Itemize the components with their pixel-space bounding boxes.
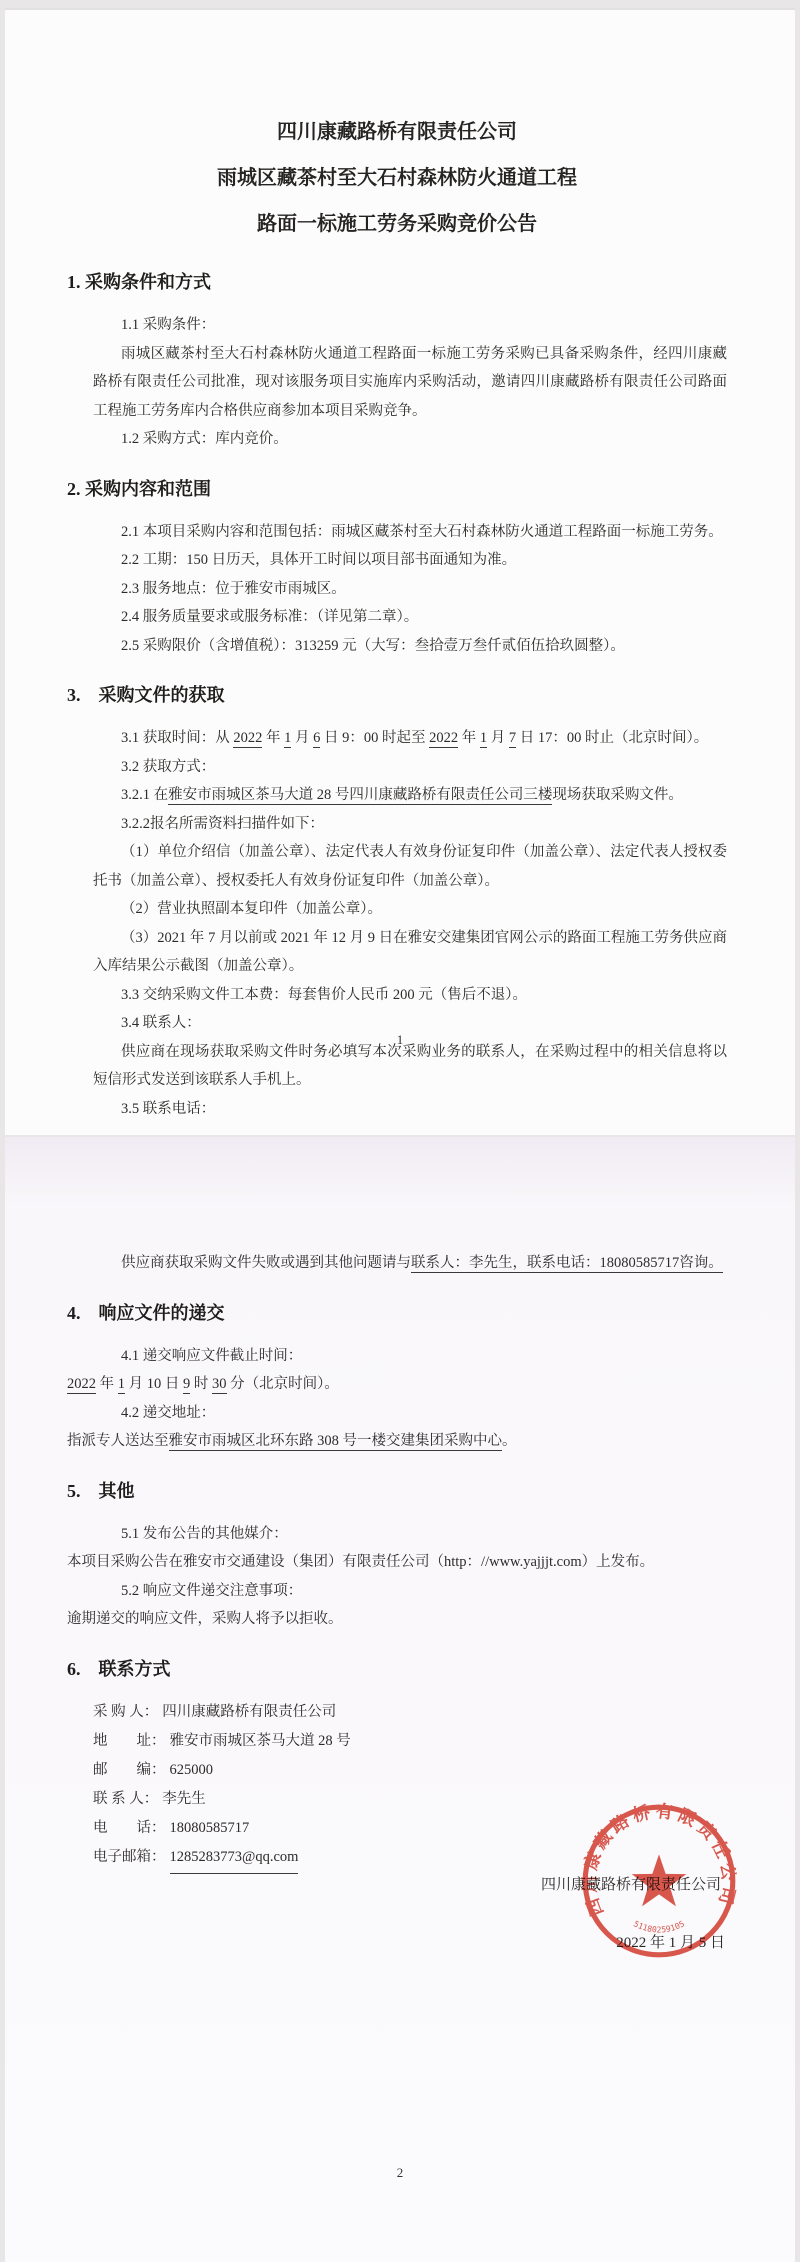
doc-title-announcement: 路面一标施工劳务采购竞价公告 [67,201,727,247]
section-5-heading: 5. 其他 [67,1478,727,1504]
section-2-heading: 2. 采购内容和范围 [67,476,727,502]
clause-3-2: 3.2 获取方式： [67,753,727,782]
doc-title-project: 雨城区藏茶村至大石村森林防火通道工程 [67,155,727,201]
clause-2-1: 2.1 本项目采购内容和范围包括：雨城区藏茶村至大石村森林防火通道工程路面一标施… [67,518,727,547]
document-page-1: 四川康藏路桥有限责任公司 雨城区藏茶村至大石村森林防火通道工程 路面一标施工劳务… [5,8,795,1135]
clause-3-2-2: 3.2.2报名所需资料扫描件如下： [67,810,727,839]
clause-3-5: 3.5 联系电话： [67,1095,727,1124]
contact-value: 18080585717 [170,1814,250,1843]
clause-4-1-deadline: 2022 年 1 月 10 日 9 时 30 分（北京时间）。 [67,1370,727,1399]
contact-row-purchaser: 采 购 人： 四川康藏路桥有限责任公司 [93,1698,727,1727]
clause-4-1: 4.1 递交响应文件截止时间： [67,1342,727,1371]
clause-3-2-2-item-1: （1）单位介绍信（加盖公章）、法定代表人有效身份证复印件（加盖公章）、法定代表人… [67,838,727,895]
contact-label: 电 话： [93,1814,166,1843]
contact-label: 地 址： [93,1727,166,1756]
clause-1-1: 1.1 采购条件： [67,311,727,340]
contact-value: 李先生 [162,1785,206,1814]
contact-row-postcode: 邮 编： 625000 [93,1756,727,1785]
company-seal-stamp: 四川康藏路桥有限责任公司 51180259105 [577,1799,741,1963]
clause-3-2-2-item-3: （3）2021 年 7 月以前或 2021 年 12 月 9 日在雅安交建集团官… [67,924,727,981]
section-3-heading: 3. 采购文件的获取 [67,682,727,708]
page-number-2: 2 [5,2165,795,2181]
clause-1-2: 1.2 采购方式：库内竞价。 [67,425,727,454]
contact-label: 采 购 人： [93,1698,158,1727]
clause-4-2: 4.2 递交地址： [67,1399,727,1428]
section-1-heading: 1. 采购条件和方式 [67,269,727,295]
clause-4-2-address: 指派专人送达至雅安市雨城区北环东路 308 号一楼交建集团采购中心。 [67,1427,727,1456]
doc-title-company: 四川康藏路桥有限责任公司 [67,109,727,155]
seal-star-icon [632,1854,687,1906]
contact-label: 邮 编： [93,1756,166,1785]
clause-3-2-2-item-2: （2）营业执照副本复印件（加盖公章）。 [67,895,727,924]
clause-1-1-body: 雨城区藏茶村至大石村森林防火通道工程路面一标施工劳务采购已具备采购条件，经四川康… [67,340,727,426]
clause-5-2: 5.2 响应文件递交注意事项： [67,1577,727,1606]
contact-label: 电子邮箱： [93,1843,166,1874]
section-6-heading: 6. 联系方式 [67,1656,727,1682]
clause-5-2-body: 逾期递交的响应文件，采购人将予以拒收。 [67,1605,727,1634]
seal-code-text: 51180259105 [632,1918,686,1934]
contact-value: 雅安市雨城区茶马大道 28 号 [170,1727,351,1756]
document-page-2: 供应商获取采购文件失败或遇到其他问题请与联系人：李先生，联系电话：1808058… [5,1137,795,2262]
contact-value: 625000 [170,1756,214,1785]
section-4-heading: 4. 响应文件的递交 [67,1300,727,1326]
clause-3-3: 3.3 交纳采购文件工本费：每套售价人民币 200 元（售后不退）。 [67,981,727,1010]
clause-2-5: 2.5 采购限价（含增值税）：313259 元（大写：叁拾壹万叁仟贰佰伍拾玖圆整… [67,632,727,661]
clause-3-2-1: 3.2.1 在雅安市雨城区茶马大道 28 号四川康藏路桥有限责任公司三楼现场获取… [67,781,727,810]
page-number-1: 1 [5,1032,795,1048]
supplier-help-note: 供应商获取采购文件失败或遇到其他问题请与联系人：李先生，联系电话：1808058… [67,1249,727,1278]
clause-2-3: 2.3 服务地点：位于雅安市雨城区。 [67,575,727,604]
contact-label: 联 系 人： [93,1785,158,1814]
contact-value: 四川康藏路桥有限责任公司 [162,1698,336,1727]
clause-2-4: 2.4 服务质量要求或服务标准：（详见第二章）。 [67,603,727,632]
clause-5-1: 5.1 发布公告的其他媒介： [67,1520,727,1549]
contact-value-email: 1285283773@qq.com [170,1843,299,1874]
clause-2-2: 2.2 工期：150 日历天，具体开工时间以项目部书面通知为准。 [67,546,727,575]
clause-3-1: 3.1 获取时间：从 2022 年 1 月 6 日 9：00 时起至 2022 … [67,724,727,753]
contact-row-address: 地 址： 雅安市雨城区茶马大道 28 号 [93,1727,727,1756]
clause-5-1-body: 本项目采购公告在雅安市交通建设（集团）有限责任公司（http：//www.yaj… [67,1548,727,1577]
